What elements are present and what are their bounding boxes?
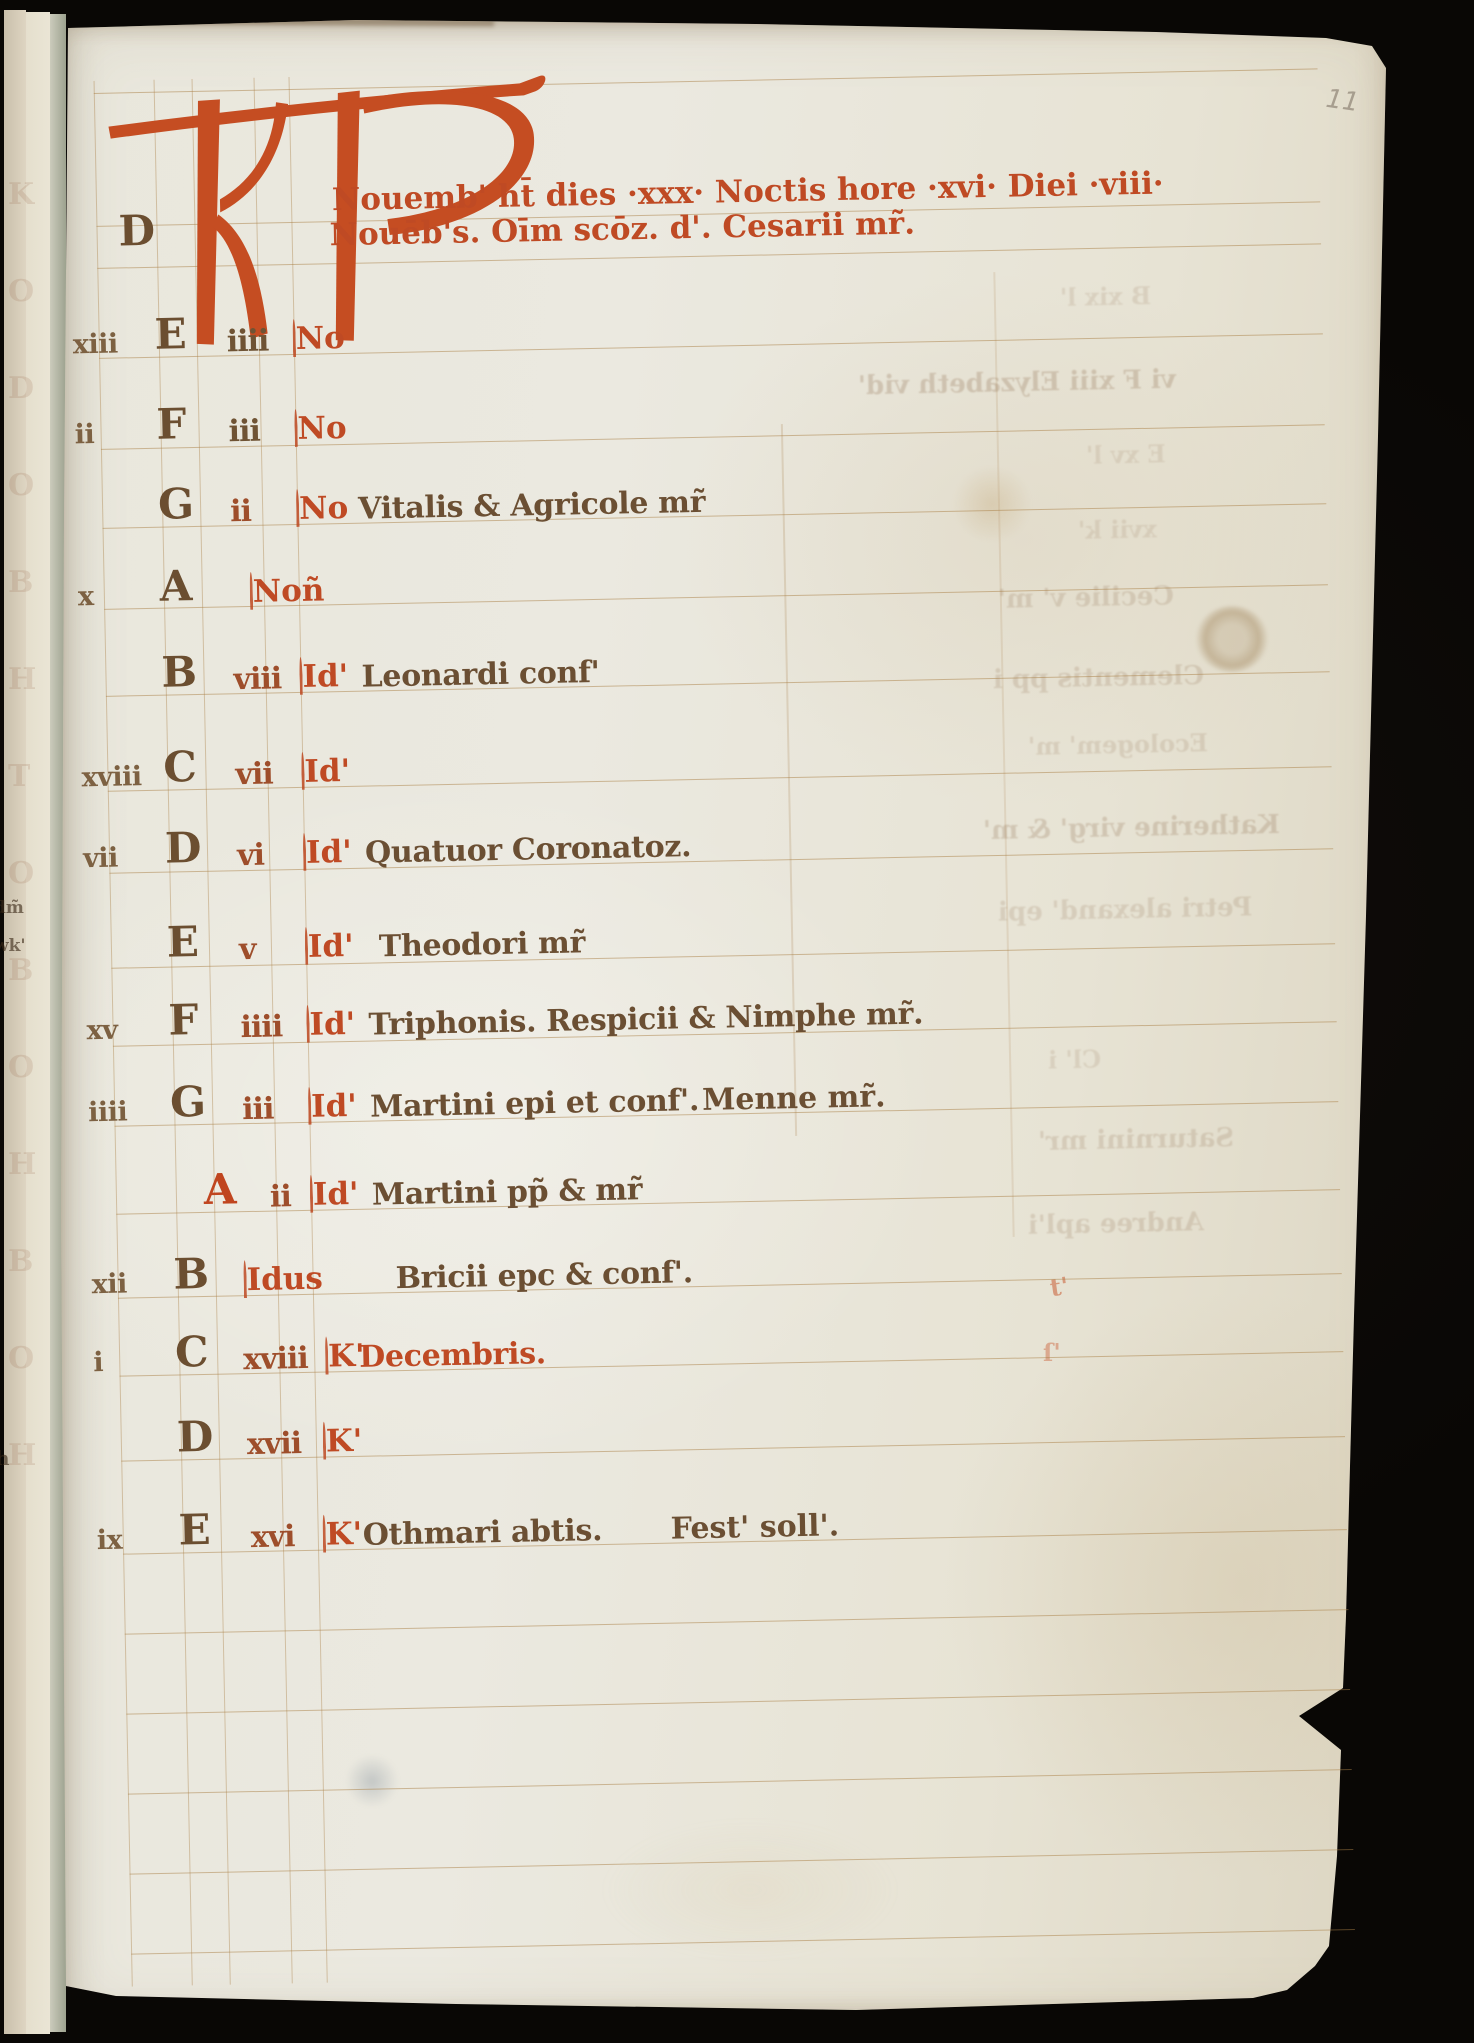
dominical-letter: C [163, 746, 197, 789]
golden-number: xviii [81, 761, 142, 793]
golden-number: xiii [73, 329, 118, 361]
day-numeral: iiii [226, 323, 268, 359]
kalends-marker: K' [322, 1516, 362, 1553]
calendar-row: D xvii K' [9, 1398, 1474, 1492]
day-numeral: viii [233, 661, 281, 697]
calendar-row: xv F iiii Id' Triphonis. Respicii & Nimp… [0, 981, 1474, 1075]
feast-entry: Bricii epc & conf'. [395, 1255, 693, 1296]
dominical-letter: C [175, 1331, 209, 1374]
day-numeral: vi [237, 838, 265, 874]
dominical-letter: D [165, 827, 202, 870]
day-numeral: xvi [250, 1519, 294, 1555]
day-numeral: vii [235, 756, 273, 792]
feast-entry: Decembris. [359, 1336, 546, 1375]
feast-entry: Martini epi et conf'. [370, 1083, 700, 1125]
day-numeral: xvii [247, 1426, 302, 1462]
dominical-letter: A [203, 1168, 236, 1211]
feast-entry: Quatuor Coronatoz. [365, 829, 692, 871]
calendar-row: G ii No Vitalis & Agricole mr̃ [0, 466, 1465, 560]
golden-number: vii [83, 843, 118, 875]
golden-number: xii [91, 1269, 127, 1301]
kalends-marker: Id' [299, 658, 348, 695]
dominical-letter: E [178, 1509, 211, 1552]
calendar-row: iiii G iii Id' Martini epi et conf'. Men… [2, 1063, 1474, 1157]
day-numeral: ii [230, 494, 251, 529]
kalends-marker: Id' [301, 753, 350, 790]
kalends-marker: Id' [303, 834, 352, 871]
feast-entry: Martini pp̃ & mr̃ [372, 1172, 643, 1212]
feast-entry: Triphonis. Respicii & Nimphe mr̃. [368, 996, 923, 1042]
feast-entry: Leonardi conf' [361, 655, 600, 695]
ruled-line [128, 1769, 1352, 1795]
calendar-row: E v Id' Theodori mr̃ [0, 903, 1474, 997]
dominical-letter: F [156, 403, 187, 446]
calendar-row: xviii C vii Id' [0, 728, 1470, 822]
dominical-letter: D [176, 1416, 213, 1459]
golden-number: i [93, 1347, 103, 1378]
day-numeral: iiii [240, 1009, 282, 1045]
calendar-row: vii D vi Id' Quatuor Coronatoz. [0, 809, 1472, 903]
golden-number: ii [74, 419, 94, 450]
dominical-letter: E [154, 313, 187, 356]
kalends-marker: K' [323, 1423, 363, 1460]
dominical-letter: A [159, 565, 192, 608]
feast-entry: Fest' soll'. [670, 1508, 839, 1546]
ruled-line [126, 1689, 1350, 1715]
kalends-marker: Id' [305, 928, 354, 965]
ruled-line [131, 1929, 1355, 1955]
kalends-marker: Id' [310, 1176, 359, 1213]
dominical-letter: E [166, 921, 199, 964]
feast-entry: Theodori mr̃ [379, 925, 586, 964]
kalends-marker: Id' [308, 1088, 357, 1125]
dominical-letter: B [173, 1253, 209, 1296]
calendar-row: x A Noñ [0, 548, 1466, 642]
day-numeral: iii [242, 1092, 274, 1128]
manuscript-photo: K O D O B H T O B O H B O H dm̃ wk' h B … [0, 0, 1474, 2043]
ruled-line [125, 1609, 1349, 1635]
calendar-row: A ii Id' Martini pp̃ & mr̃ [4, 1151, 1474, 1245]
day-numeral: iii [228, 414, 260, 450]
day-numeral: ii [270, 1179, 291, 1214]
kalends-marker: Id' [306, 1006, 355, 1043]
kalends-marker: No [294, 410, 347, 447]
golden-number: ix [97, 1525, 123, 1557]
golden-number: xv [86, 1015, 117, 1047]
feast-entry: Menne mr̃. [702, 1079, 886, 1118]
kalends-marker: Idus [243, 1261, 323, 1299]
calendar-row: i C xviii K' Decembris. [7, 1313, 1474, 1407]
dominical-letter: B [161, 651, 197, 694]
feast-entry: Othmari abtis. [362, 1513, 602, 1553]
day-numeral: v [239, 932, 256, 967]
golden-number: iiii [88, 1096, 128, 1128]
kalends-marker: No [296, 490, 349, 527]
dominical-letter: G [158, 483, 195, 526]
day-numeral: xviii [243, 1341, 308, 1377]
kalends-marker: No [292, 320, 345, 357]
calendar-row: ix E xvi K' Othmari abtis. Fest' soll'. [10, 1491, 1474, 1585]
feast-entry: Vitalis & Agricole mr̃ [358, 485, 706, 527]
calendar-row: xii B Idus Bricii epc & conf'. [5, 1235, 1474, 1329]
ruled-line [130, 1849, 1354, 1875]
kalends-marker: Noñ [249, 572, 324, 609]
calendar-row: B viii Id' Leonardi conf' [0, 633, 1468, 727]
dominical-letter: G [170, 1081, 207, 1124]
ruled-text-layer: KL Nouemb' ht̄ dies ·xxx· Noctis hore ·x… [0, 0, 1474, 2043]
dominical-letter: D [118, 206, 155, 256]
dominical-letter: F [168, 999, 199, 1042]
golden-number: x [78, 581, 94, 612]
calendar-row: ii F iii No [0, 386, 1463, 480]
